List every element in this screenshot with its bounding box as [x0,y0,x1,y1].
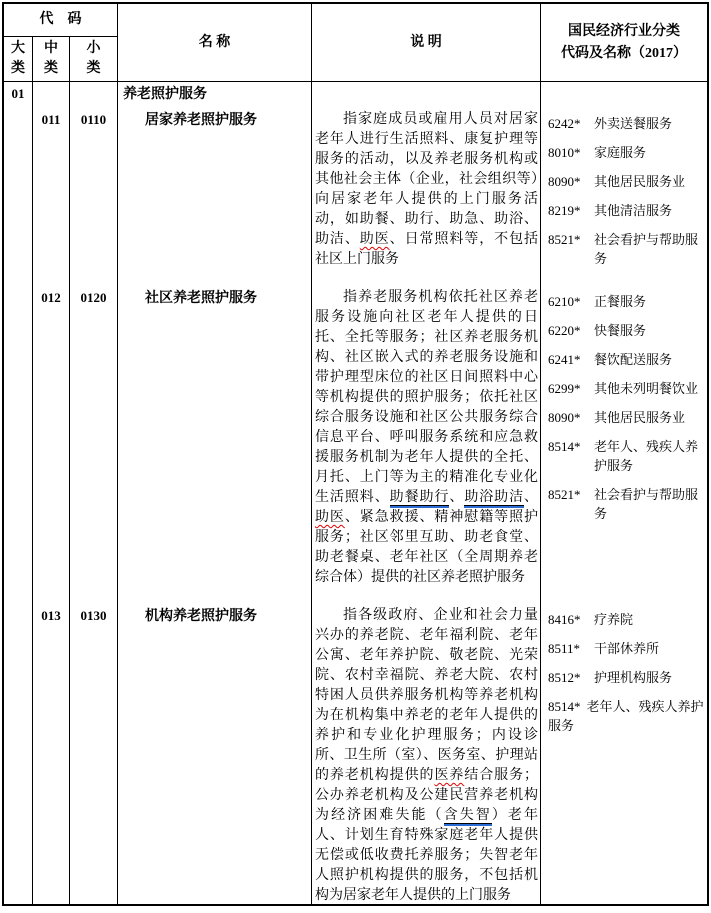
industry-code-item: 8090*其他居民服务业 [548,408,705,427]
underlined-text: 含失智 [444,808,492,824]
empty-cell [4,604,33,904]
classification-table: 代 码 大 类 中 类 小 类 名 称 说 明 国民经济行业分类 代码及名称（2… [2,2,709,906]
industry-code-number: 8090* [548,408,588,427]
industry-code-number: 8514* [548,437,588,475]
industry-code-number: 8010* [548,143,588,162]
spellcheck-marked-text: 医养 [434,768,464,783]
industry-code-item: 6241*餐饮配送服务 [548,350,705,369]
industry-code-list: 6210*正餐服务6220*快餐服务6241*餐饮配送服务6299*其他未列明餐… [541,286,707,604]
category-name: 机构养老照护服务 [118,604,312,904]
empty-cell [33,82,70,108]
industry-code-number: 6299* [548,379,588,398]
empty-cell [70,82,118,108]
industry-code-number: 8219* [548,201,588,220]
document-page: { "colors": { "border": "#000000", "gram… [0,0,711,913]
description-paragraph: 指各级政府、企业和社会力量兴办的养老院、老年福利院、老年公寓、老年养护院、敬老院… [315,606,538,904]
industry-code-item: 6242*外卖送餐服务 [548,114,705,133]
industry-code-number: 8514* [548,699,581,714]
description-text: 、紧急救援、精神慰籍等照护服务；社区邻里互助、助老食堂、助老餐桌、老年社区（全周… [315,510,538,585]
industry-code-name: 干部休养所 [594,639,659,658]
industry-code-item: 8514*老年人、残疾人养护服务 [548,697,705,735]
industry-code-item: 8521*社会看护与帮助服务 [548,230,705,268]
industry-code-number: 8521* [548,230,588,268]
industry-code-number: 8416* [548,610,588,629]
industry-code-item: 8521*社会看护与帮助服务 [548,485,705,523]
industry-code-item: 8514*老年人、残疾人养护服务 [548,437,705,475]
industry-code-number: 8090* [548,172,588,191]
description-text: 指养老服务机构依托社区养老服务设施向社区老年人提供的日托、全托等服务；社区养老服… [315,290,538,505]
header-small-class: 小 类 [70,37,118,82]
header-major-class: 大 类 [4,37,33,82]
industry-code-name: 外卖送餐服务 [594,114,672,133]
category-name: 社区养老照护服务 [118,286,312,604]
industry-code-name: 其他清洁服务 [594,201,672,220]
description-text: 、 [524,490,538,505]
industry-code-item: 8090*其他居民服务业 [548,172,705,191]
category-name: 居家养老照护服务 [118,108,312,286]
spellcheck-marked-text: 助医 [360,232,390,247]
industry-code-name: 快餐服务 [594,321,646,340]
industry-code-list: 8416*疗养院8511*干部休养所8512*护理机构服务8514*老年人、残疾… [541,604,707,904]
industry-code-item: 6220*快餐服务 [548,321,705,340]
industry-code-name: 其他居民服务业 [594,408,685,427]
empty-cell [312,82,541,108]
underlined-text: 助餐助行 [390,490,450,506]
industry-code-name: 餐饮配送服务 [594,350,672,369]
industry-code-item: 8511*干部休养所 [548,639,705,658]
industry-code-number: 8521* [548,485,588,523]
empty-cell [4,286,33,604]
industry-code-item: 6299*其他未列明餐饮业 [548,379,705,398]
empty-cell [541,82,707,108]
category-name: 养老照护服务 [118,82,312,108]
empty-cell [4,108,33,286]
description-paragraph: 指家庭成员或雇用人员对居家老年人进行生活照料、康复护理等服务的活动，以及养老服务… [315,110,538,270]
industry-code-name: 社会看护与帮助服务 [594,485,705,523]
middle-class-code: 012 [33,286,70,604]
industry-code-number: 6210* [548,292,588,311]
industry-code-name: 护理机构服务 [594,668,672,687]
industry-code-item: 8010*家庭服务 [548,143,705,162]
small-class-code: 0130 [70,604,118,904]
header-middle-class: 中 类 [33,37,70,82]
industry-code-item: 6210*正餐服务 [548,292,705,311]
industry-code-name: 疗养院 [594,610,633,629]
industry-code-number: 8511* [548,639,588,658]
middle-class-code: 011 [33,108,70,286]
description-text: 指家庭成员或雇用人员对居家老年人进行生活照料、康复护理等服务的活动，以及养老服务… [315,112,538,247]
small-class-code: 0120 [70,286,118,604]
underlined-text: 助浴助洁 [464,490,524,506]
category-description: 指养老服务机构依托社区养老服务设施向社区老年人提供的日托、全托等服务；社区养老服… [312,286,541,604]
small-class-code: 0110 [70,108,118,286]
industry-code-name: 正餐服务 [594,292,646,311]
industry-code-list: 6242*外卖送餐服务8010*家庭服务8090*其他居民服务业8219*其他清… [541,108,707,286]
description-text: 指各级政府、企业和社会力量兴办的养老院、老年福利院、老年公寓、老年养护院、敬老院… [315,608,538,783]
spellcheck-marked-text: 助医 [315,510,345,525]
industry-code-number: 6220* [548,321,588,340]
industry-code-name: 家庭服务 [594,143,646,162]
middle-class-code: 013 [33,604,70,904]
industry-code-number: 8512* [548,668,588,687]
header-code-group: 代 码 [4,4,118,37]
description-paragraph: 指养老服务机构依托社区养老服务设施向社区老年人提供的日托、全托等服务；社区养老服… [315,288,538,588]
category-description: 指家庭成员或雇用人员对居家老年人进行生活照料、康复护理等服务的活动，以及养老服务… [312,108,541,286]
category-description: 指各级政府、企业和社会力量兴办的养老院、老年福利院、老年公寓、老年养护院、敬老院… [312,604,541,904]
header-name: 名 称 [118,4,312,82]
industry-code-name: 社会看护与帮助服务 [594,230,705,268]
major-class-code: 01 [4,82,33,108]
header-industry-classification: 国民经济行业分类 代码及名称（2017） [541,4,707,82]
industry-code-number: 6241* [548,350,588,369]
industry-code-name: 老年人、残疾人养护服务 [594,437,705,475]
industry-code-item: 8512*护理机构服务 [548,668,705,687]
header-description: 说 明 [312,4,541,82]
industry-code-name: 其他居民服务业 [594,172,685,191]
industry-code-item: 8219*其他清洁服务 [548,201,705,220]
description-text: 、 [449,490,464,505]
industry-code-item: 8416*疗养院 [548,610,705,629]
industry-code-name: 其他未列明餐饮业 [594,379,698,398]
industry-code-number: 6242* [548,114,588,133]
